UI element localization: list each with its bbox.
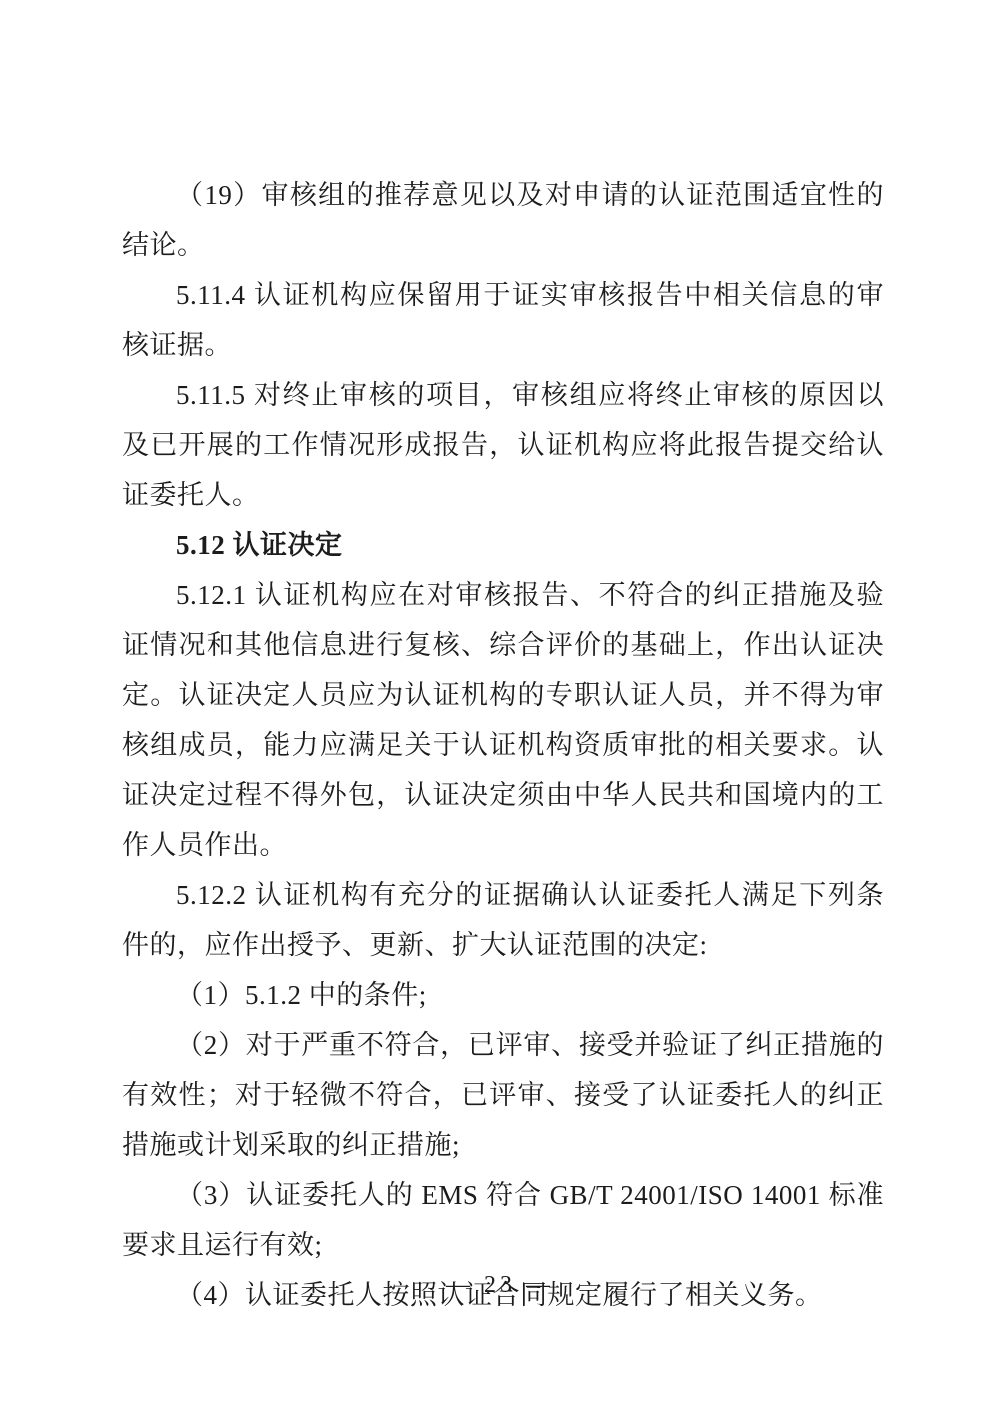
paragraph-5-12-1: 5.12.1 认证机构应在对审核报告、不符合的纠正措施及验证情况和其他信息进行复… — [122, 570, 884, 870]
paragraph-5-11-5: 5.11.5 对终止审核的项目，审核组应将终止审核的原因以及已开展的工作情况形成… — [122, 370, 884, 520]
document-page: （19）审核组的推荐意见以及对申请的认证范围适宜性的结论。 5.11.4 认证机… — [0, 0, 1000, 1414]
paragraph-item-19: （19）审核组的推荐意见以及对申请的认证范围适宜性的结论。 — [122, 170, 884, 270]
page-number: — 23 — — [0, 1272, 1000, 1299]
paragraph-5-11-4: 5.11.4 认证机构应保留用于证实审核报告中相关信息的审核证据。 — [122, 270, 884, 370]
paragraph-5-12-2: 5.12.2 认证机构有充分的证据确认认证委托人满足下列条件的，应作出授予、更新… — [122, 870, 884, 970]
paragraph-condition-3: （3）认证委托人的 EMS 符合 GB/T 24001/ISO 14001 标准… — [122, 1170, 884, 1270]
section-heading-5-12: 5.12 认证决定 — [122, 520, 884, 570]
paragraph-condition-2: （2）对于严重不符合，已评审、接受并验证了纠正措施的有效性；对于轻微不符合，已评… — [122, 1020, 884, 1170]
paragraph-condition-1: （1）5.1.2 中的条件; — [122, 970, 884, 1020]
document-body: （19）审核组的推荐意见以及对申请的认证范围适宜性的结论。 5.11.4 认证机… — [122, 170, 884, 1320]
